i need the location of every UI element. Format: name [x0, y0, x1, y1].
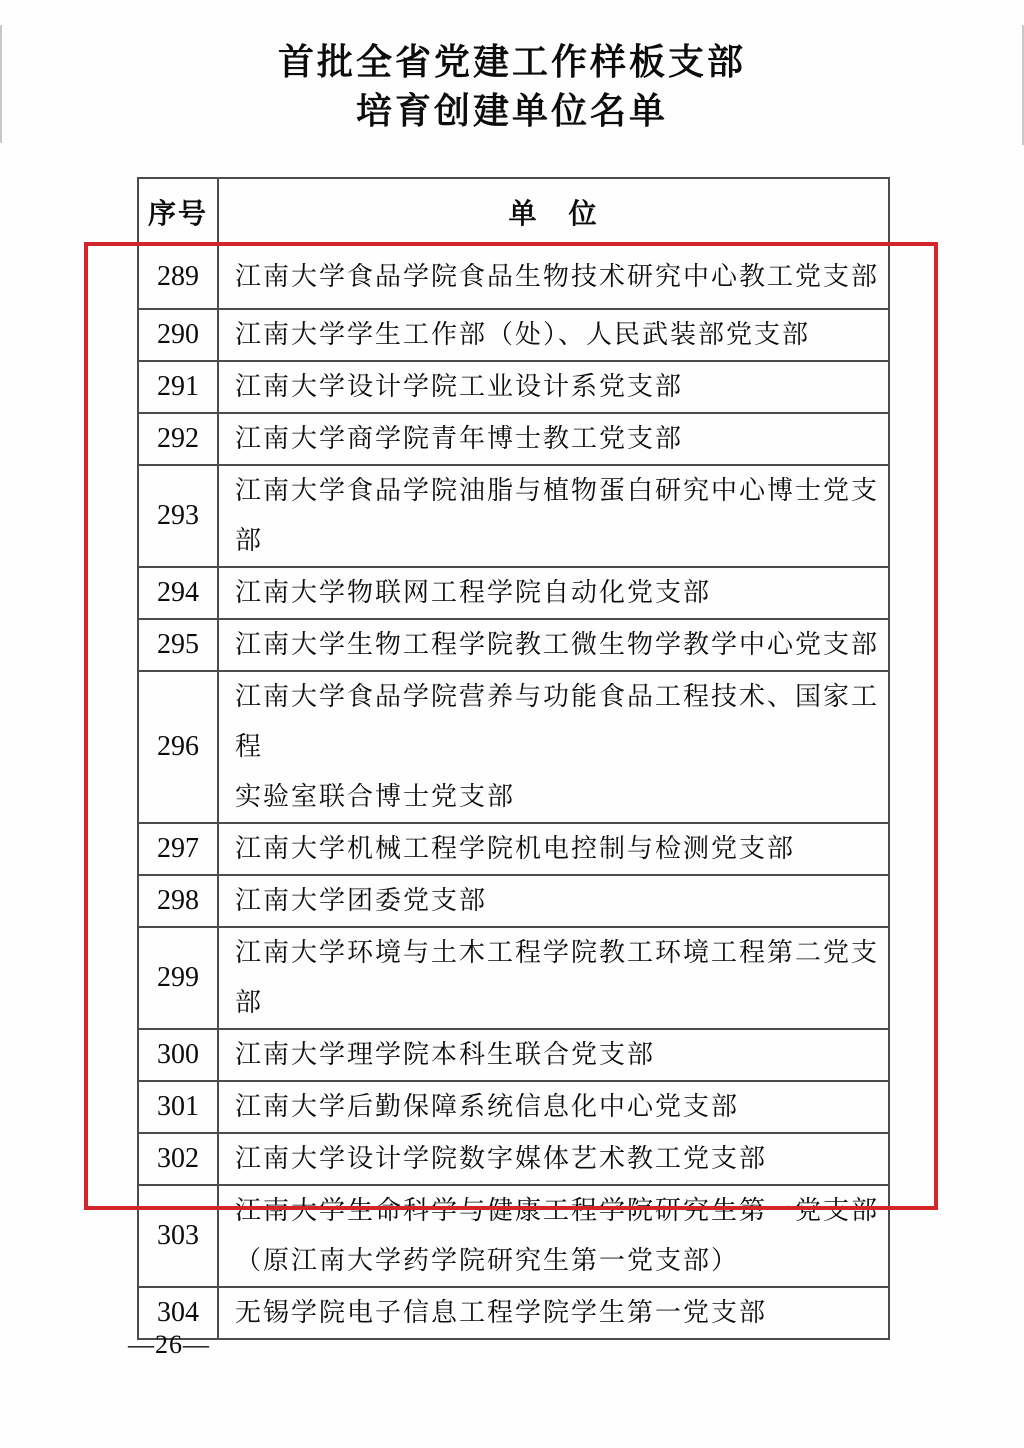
unit-name: 江南大学设计学院工业设计系党支部: [218, 361, 889, 413]
row-number: 293: [138, 465, 218, 567]
table-row: 301江南大学后勤保障系统信息化中心党支部: [138, 1081, 889, 1133]
table-row: 298江南大学团委党支部: [138, 875, 889, 927]
row-number: 300: [138, 1029, 218, 1081]
unit-name: 江南大学生物工程学院教工微生物学教学中心党支部: [218, 619, 889, 671]
row-number: 303: [138, 1185, 218, 1287]
unit-name: 江南大学学生工作部（处）、人民武装部党支部: [218, 309, 889, 361]
table-row: 294江南大学物联网工程学院自动化党支部: [138, 567, 889, 619]
table-body: 289江南大学食品学院食品生物技术研究中心教工党支部290江南大学学生工作部（处…: [138, 245, 889, 1339]
row-number: 290: [138, 309, 218, 361]
table-row: 289江南大学食品学院食品生物技术研究中心教工党支部: [138, 245, 889, 309]
unit-name: 江南大学后勤保障系统信息化中心党支部: [218, 1081, 889, 1133]
table-row: 300江南大学理学院本科生联合党支部: [138, 1029, 889, 1081]
table-row: 299江南大学环境与土木工程学院教工环境工程第二党支 部: [138, 927, 889, 1029]
table-header-row: 序号 单 位: [138, 178, 889, 245]
unit-name: 江南大学环境与土木工程学院教工环境工程第二党支 部: [218, 927, 889, 1029]
row-number: 295: [138, 619, 218, 671]
title-line-1: 首批全省党建工作样板支部: [0, 38, 1024, 87]
unit-name: 江南大学机械工程学院机电控制与检测党支部: [218, 823, 889, 875]
row-number: 289: [138, 245, 218, 309]
unit-name: 江南大学食品学院营养与功能食品工程技术、国家工程 实验室联合博士党支部: [218, 671, 889, 823]
unit-name: 江南大学理学院本科生联合党支部: [218, 1029, 889, 1081]
table-row: 290江南大学学生工作部（处）、人民武装部党支部: [138, 309, 889, 361]
row-number: 298: [138, 875, 218, 927]
table-row: 297江南大学机械工程学院机电控制与检测党支部: [138, 823, 889, 875]
unit-name: 江南大学生命科学与健康工程学院研究生第一党支部 （原江南大学药学院研究生第一党支…: [218, 1185, 889, 1287]
row-number: 291: [138, 361, 218, 413]
row-number: 296: [138, 671, 218, 823]
document-title: 首批全省党建工作样板支部 培育创建单位名单: [0, 38, 1024, 136]
table-row: 292江南大学商学院青年博士教工党支部: [138, 413, 889, 465]
unit-name: 江南大学食品学院食品生物技术研究中心教工党支部: [218, 245, 889, 309]
unit-name: 江南大学食品学院油脂与植物蛋白研究中心博士党支 部: [218, 465, 889, 567]
document-page: 首批全省党建工作样板支部 培育创建单位名单 序号 单 位 289江南大学食品学院…: [0, 0, 1024, 1448]
row-number: 301: [138, 1081, 218, 1133]
table-row: 303江南大学生命科学与健康工程学院研究生第一党支部 （原江南大学药学院研究生第…: [138, 1185, 889, 1287]
page-number: —26—: [128, 1330, 210, 1360]
row-number: 292: [138, 413, 218, 465]
table-row: 293江南大学食品学院油脂与植物蛋白研究中心博士党支 部: [138, 465, 889, 567]
row-number: 302: [138, 1133, 218, 1185]
units-table: 序号 单 位 289江南大学食品学院食品生物技术研究中心教工党支部290江南大学…: [137, 177, 890, 1340]
row-number: 297: [138, 823, 218, 875]
unit-name: 无锡学院电子信息工程学院学生第一党支部: [218, 1287, 889, 1339]
header-cell-unit: 单 位: [218, 178, 889, 245]
unit-name: 江南大学物联网工程学院自动化党支部: [218, 567, 889, 619]
table-row: 296江南大学食品学院营养与功能食品工程技术、国家工程 实验室联合博士党支部: [138, 671, 889, 823]
table-row: 291江南大学设计学院工业设计系党支部: [138, 361, 889, 413]
table-row: 302江南大学设计学院数字媒体艺术教工党支部: [138, 1133, 889, 1185]
title-line-2: 培育创建单位名单: [0, 87, 1024, 136]
row-number: 294: [138, 567, 218, 619]
table-row: 304无锡学院电子信息工程学院学生第一党支部: [138, 1287, 889, 1339]
unit-name: 江南大学商学院青年博士教工党支部: [218, 413, 889, 465]
unit-name: 江南大学团委党支部: [218, 875, 889, 927]
table-row: 295江南大学生物工程学院教工微生物学教学中心党支部: [138, 619, 889, 671]
unit-name: 江南大学设计学院数字媒体艺术教工党支部: [218, 1133, 889, 1185]
row-number: 299: [138, 927, 218, 1029]
header-cell-no: 序号: [138, 178, 218, 245]
